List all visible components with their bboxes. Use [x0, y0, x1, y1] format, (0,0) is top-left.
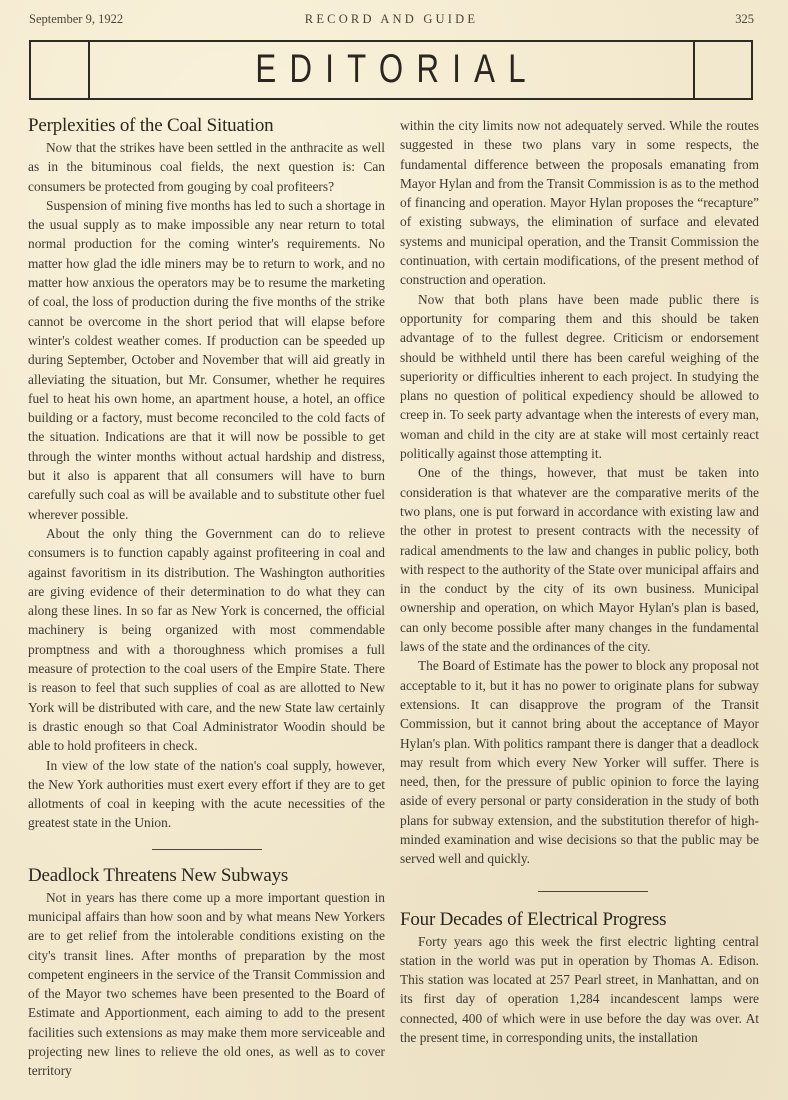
section-divider-rule — [538, 891, 648, 892]
page-number: 325 — [735, 12, 754, 27]
editorial-masthead-box: EDITORIAL — [29, 40, 753, 100]
publication-title: RECORD AND GUIDE — [29, 12, 754, 27]
section-divider-rule — [152, 849, 262, 850]
article-paragraph: In view of the low state of the nation's… — [28, 756, 385, 833]
column-right: within the city limits now not adequatel… — [400, 116, 759, 1047]
article-deadlock-subways-continued: within the city limits now not adequatel… — [400, 116, 759, 869]
article-headline: Perplexities of the Coal Situation — [28, 114, 385, 138]
article-paragraph: Suspension of mining five months has led… — [28, 196, 385, 524]
article-paragraph: Forty years ago this week the first elec… — [400, 932, 759, 1048]
article-headline: Deadlock Threatens New Subways — [28, 864, 385, 888]
article-deadlock-subways: Deadlock Threatens New Subways Not in ye… — [28, 864, 385, 1081]
running-header: September 9, 1922 RECORD AND GUIDE 325 — [29, 12, 754, 30]
article-paragraph: About the only thing the Government can … — [28, 524, 385, 756]
masthead-divider-right — [693, 42, 695, 98]
article-paragraph: One of the things, however, that must be… — [400, 463, 759, 656]
article-paragraph: Not in years has there come up a more im… — [28, 888, 385, 1081]
article-paragraph: The Board of Estimate has the power to b… — [400, 656, 759, 868]
article-paragraph: within the city limits now not adequatel… — [400, 116, 759, 290]
article-paragraph: Now that both plans have been made publi… — [400, 290, 759, 464]
article-electrical-progress: Four Decades of Electrical Progress Fort… — [400, 908, 759, 1048]
newspaper-page: September 9, 1922 RECORD AND GUIDE 325 E… — [0, 0, 788, 1100]
masthead-divider-left — [88, 42, 90, 98]
column-left: Perplexities of the Coal Situation Now t… — [28, 114, 385, 1081]
article-paragraph: Now that the strikes have been settled i… — [28, 138, 385, 196]
masthead-title: EDITORIAL — [156, 47, 625, 92]
article-headline: Four Decades of Electrical Progress — [400, 908, 759, 932]
article-coal-situation: Perplexities of the Coal Situation Now t… — [28, 114, 385, 833]
